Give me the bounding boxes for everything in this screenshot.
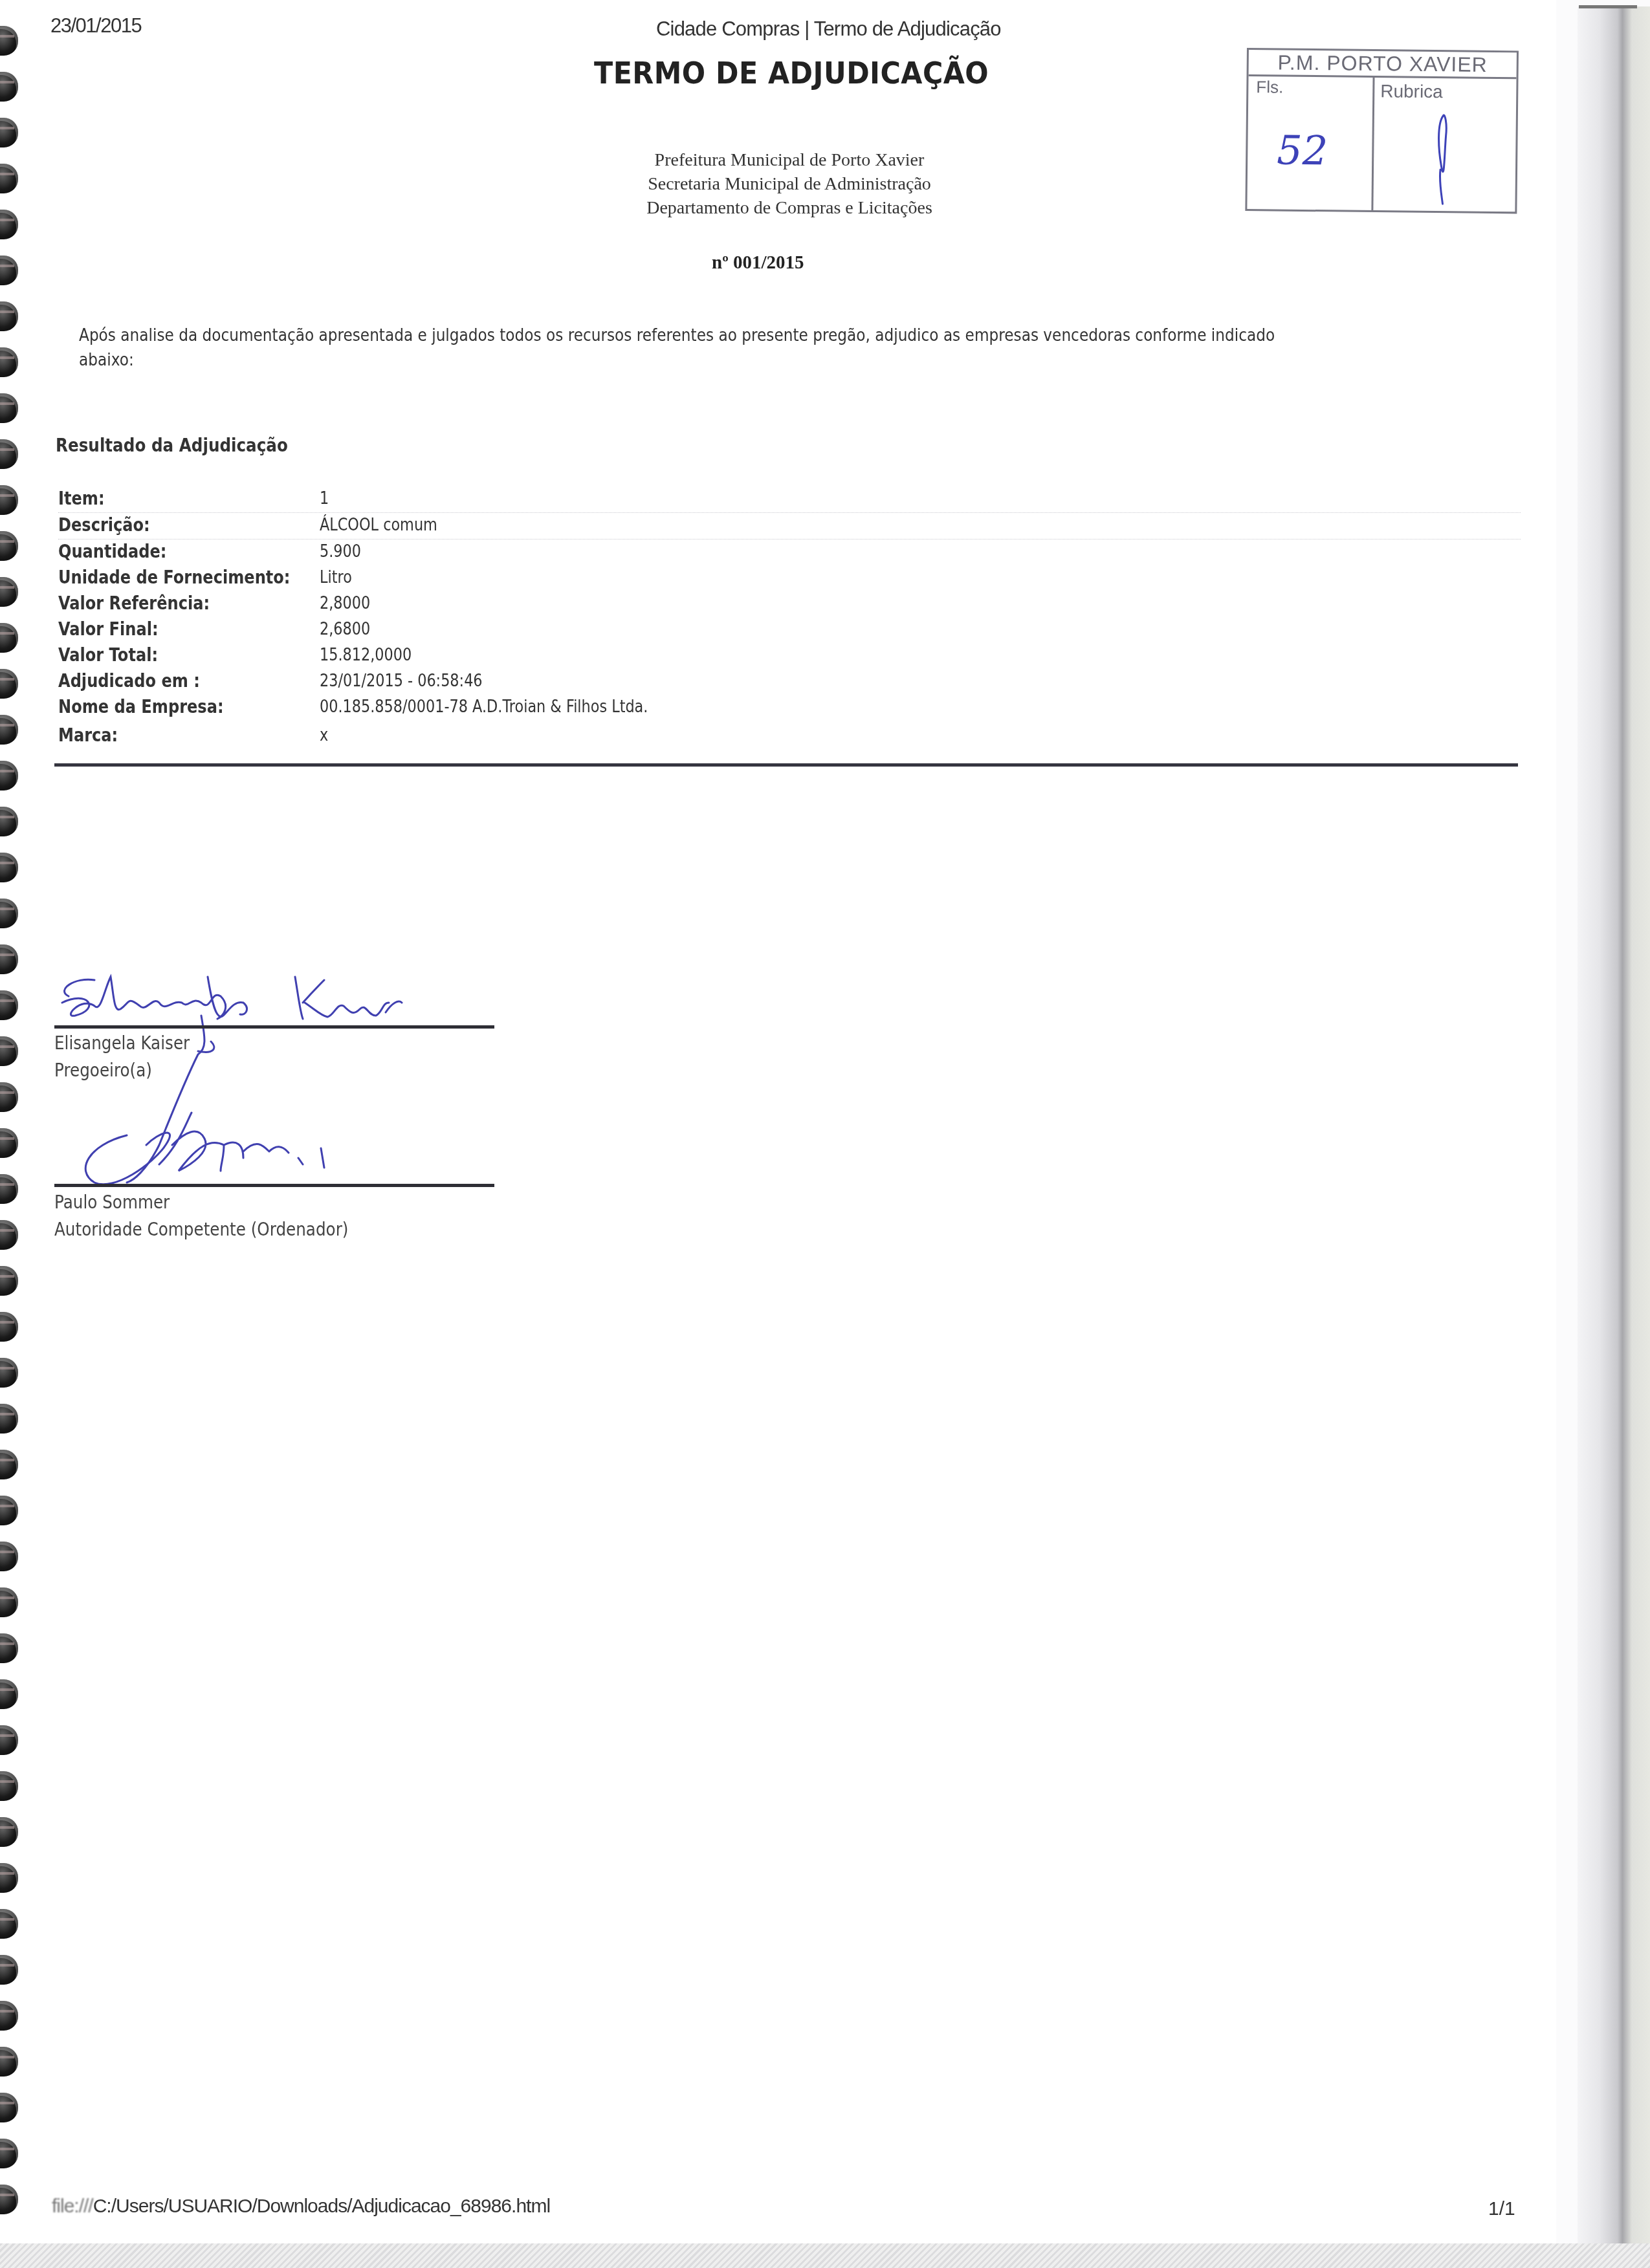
print-page-title: Cidade Compras | Termo de Adjudicação — [656, 17, 1001, 41]
spiral-ring — [0, 1725, 18, 1755]
spiral-ring — [0, 1266, 18, 1296]
field-row: Item: 1 — [58, 486, 1521, 513]
rubrica-initial-mark — [1422, 110, 1462, 208]
spiral-ring — [0, 577, 18, 607]
field-label: Descrição: — [58, 514, 150, 536]
organization-line: Secretaria Municipal de Administração — [608, 174, 971, 195]
spiral-ring — [0, 1174, 18, 1204]
spiral-ring — [0, 531, 18, 561]
field-label: Item: — [58, 488, 105, 509]
spiral-ring — [0, 1863, 18, 1893]
page-edge-top — [1579, 5, 1637, 8]
spiral-ring — [0, 164, 18, 193]
field-label: Valor Total: — [58, 644, 158, 666]
print-page-number: 1/1 — [1488, 2198, 1515, 2220]
spiral-ring — [0, 347, 18, 377]
field-label: Quantidade: — [58, 541, 166, 562]
spiral-ring — [0, 1955, 18, 1985]
field-value: 00.185.858/0001-78 A.D.Troian & Filhos L… — [320, 697, 648, 717]
spiral-ring — [0, 1128, 18, 1158]
spiral-ring — [0, 1358, 18, 1388]
stamp-divider — [1371, 76, 1374, 210]
spiral-ring — [0, 1817, 18, 1847]
spiral-ring — [0, 1909, 18, 1939]
spiral-ring — [0, 715, 18, 745]
section-title: Resultado da Adjudicação — [56, 435, 288, 456]
intro-paragraph: Após analise da documentação apresentada… — [79, 323, 1303, 373]
field-row: Adjudicado em : 23/01/2015 - 06:58:46 — [58, 669, 1521, 695]
spiral-ring — [0, 2093, 18, 2122]
signature-block: Elisangela Kaiser Pregoeiro(a) Paulo Som… — [49, 951, 502, 1261]
field-row: Valor Final: 2,6800 — [58, 617, 1521, 643]
field-row: Unidade de Fornecimento: Litro — [58, 565, 1521, 591]
spiral-ring — [0, 2047, 18, 2077]
spiral-ring — [0, 1633, 18, 1663]
stamp-header: P.M. PORTO XAVIER — [1249, 50, 1517, 79]
spiral-binding — [0, 0, 26, 2268]
field-value: 23/01/2015 - 06:58:46 — [320, 671, 483, 691]
field-label: Nome da Empresa: — [58, 696, 224, 717]
signer-name: Elisangela Kaiser — [54, 1032, 190, 1054]
spiral-ring — [0, 1082, 18, 1112]
spiral-ring — [0, 2001, 18, 2031]
spiral-ring — [0, 623, 18, 653]
field-row: Valor Referência: 2,8000 — [58, 591, 1521, 617]
spiral-ring — [0, 439, 18, 469]
page-bottom-shadow — [0, 2243, 1650, 2268]
spiral-ring — [0, 853, 18, 882]
field-row: Valor Total: 15.812,0000 — [58, 643, 1521, 669]
field-value: 5.900 — [320, 542, 361, 562]
field-value: ÁLCOOL comum — [320, 516, 437, 535]
spiral-ring — [0, 990, 18, 1020]
field-row: Quantidade: 5.900 — [58, 540, 1521, 565]
field-row: Marca: x — [58, 723, 1521, 759]
spiral-ring — [0, 256, 18, 285]
spiral-ring — [0, 1587, 18, 1617]
field-label: Marca: — [58, 725, 118, 746]
url-path: C:/Users/USUARIO/Downloads/Adjudicacao_6… — [93, 2196, 550, 2217]
spiral-ring — [0, 1496, 18, 1525]
spiral-ring — [0, 2185, 18, 2214]
field-value: 2,8000 — [320, 594, 370, 613]
spiral-ring — [0, 1404, 18, 1434]
field-row: Nome da Empresa: 00.185.858/0001-78 A.D.… — [58, 695, 1521, 721]
stamp-page-number: 52 — [1277, 126, 1328, 174]
signature-line — [54, 1184, 494, 1187]
signer-role: Pregoeiro(a) — [54, 1060, 152, 1081]
spiral-ring — [0, 1450, 18, 1479]
spiral-ring — [0, 72, 18, 102]
spiral-ring — [0, 1771, 18, 1801]
organization-line: Departamento de Compras e Licitações — [608, 198, 971, 219]
stacked-page-edges — [1578, 6, 1650, 2245]
spiral-ring — [0, 301, 18, 331]
spiral-ring — [0, 1679, 18, 1709]
document-number: nº 001/2015 — [712, 252, 804, 274]
field-label: Unidade de Fornecimento: — [58, 567, 290, 588]
spiral-ring — [0, 669, 18, 699]
print-date: 23/01/2015 — [50, 14, 141, 38]
field-value: 2,6800 — [320, 620, 370, 639]
field-row: Descrição: ÁLCOOL comum — [58, 513, 1521, 540]
spiral-ring — [0, 393, 18, 423]
stamp-fls-label: Fls. — [1256, 77, 1283, 97]
spiral-ring — [0, 118, 18, 147]
spiral-ring — [0, 26, 18, 56]
field-value: 1 — [320, 489, 329, 508]
spiral-ring — [0, 2139, 18, 2168]
organization-line: Prefeitura Municipal de Porto Xavier — [608, 150, 971, 171]
field-label: Adjudicado em : — [58, 670, 200, 692]
adjudication-fields: Item: 1 Descrição: ÁLCOOL comum Quantida… — [58, 486, 1521, 759]
field-value: Litro — [320, 568, 352, 587]
print-footer-url: file:///C:/Users/USUARIO/Downloads/Adjud… — [52, 2196, 550, 2218]
field-value: x — [320, 726, 328, 745]
section-divider — [54, 763, 1518, 767]
spiral-ring — [0, 761, 18, 791]
stamp-rubrica-label: Rubrica — [1380, 81, 1443, 102]
field-label: Valor Referência: — [58, 593, 210, 614]
spiral-ring — [0, 210, 18, 239]
spiral-ring — [0, 1542, 18, 1571]
spiral-ring — [0, 1312, 18, 1342]
page-stamp: P.M. PORTO XAVIER Fls. Rubrica 52 — [1245, 48, 1519, 213]
spiral-ring — [0, 944, 18, 974]
spiral-ring — [0, 899, 18, 928]
spiral-ring — [0, 1036, 18, 1066]
field-value: 15.812,0000 — [320, 646, 412, 665]
url-prefix: file:/// — [52, 2196, 93, 2217]
signature-line — [54, 1025, 494, 1029]
signer-name: Paulo Sommer — [54, 1192, 170, 1213]
spiral-ring — [0, 485, 18, 515]
field-label: Valor Final: — [58, 618, 159, 640]
spiral-ring — [0, 1220, 18, 1250]
signer-role: Autoridade Competente (Ordenador) — [54, 1219, 348, 1240]
document-title: TERMO DE ADJUDICAÇÃO — [594, 56, 989, 91]
spiral-ring — [0, 807, 18, 836]
